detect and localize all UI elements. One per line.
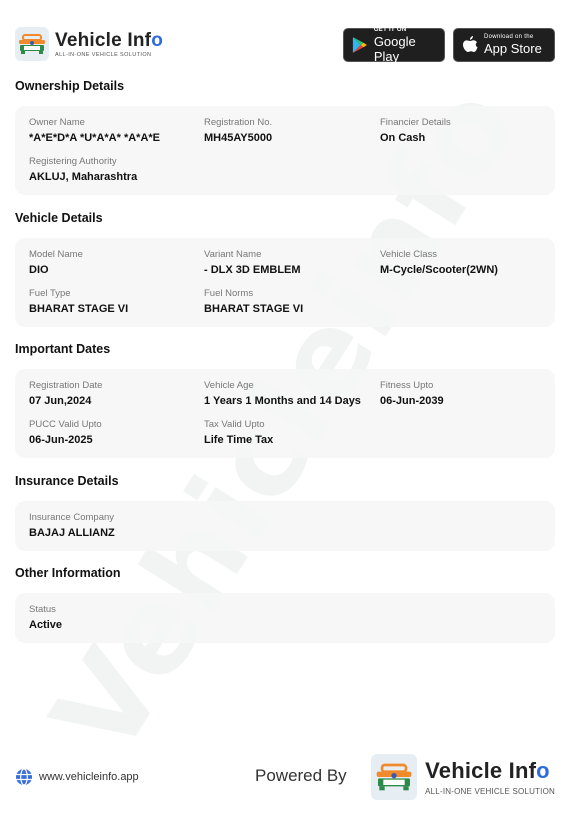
field-insurance-company: Insurance CompanyBAJAJ ALLIANZ [29, 512, 204, 543]
brand-tagline: ALL-IN-ONE VEHICLE SOLUTION [55, 52, 163, 58]
ownership-card: Owner Name*A*E*D*A *U*A*A* *A*A*E Regist… [15, 106, 555, 195]
footer-brand-name: Vehicle Info [425, 759, 555, 783]
vehicle-details-section: Vehicle Details Model NameDIO Variant Na… [15, 211, 555, 327]
field-owner-name: Owner Name*A*E*D*A *U*A*A* *A*A*E [29, 117, 204, 148]
field-vehicle-age: Vehicle Age1 Years 1 Months and 14 Days [204, 380, 380, 411]
app-store-button[interactable]: Download on the App Store [453, 28, 555, 62]
important-dates-section: Important Dates Registration Date07 Jun,… [15, 342, 555, 458]
apple-icon [462, 36, 478, 55]
field-variant-name: Variant Name- DLX 3D EMBLEM [204, 249, 380, 280]
field-pucc-valid-upto: PUCC Valid Upto06-Jun-2025 [29, 419, 204, 450]
section-title: Other Information [15, 566, 555, 584]
brand-name: Vehicle Info [55, 31, 163, 51]
field-fuel-norms: Fuel NormsBHARAT STAGE VI [204, 288, 380, 319]
footer-brand-tagline: ALL-IN-ONE VEHICLE SOLUTION [425, 787, 555, 796]
google-play-small-text: GET IT ON [374, 27, 436, 34]
field-financier-details: Financier DetailsOn Cash [380, 117, 541, 148]
field-registration-date: Registration Date07 Jun,2024 [29, 380, 204, 411]
car-logo-icon [371, 754, 417, 800]
google-play-button[interactable]: GET IT ON Google Play [343, 28, 445, 62]
field-fitness-upto: Fitness Upto06-Jun-2039 [380, 380, 541, 411]
website-url[interactable]: www.vehicleinfo.app [39, 771, 139, 783]
website-link[interactable]: www.vehicleinfo.app [15, 768, 139, 786]
app-store-label: App Store [484, 41, 542, 56]
car-logo-icon [15, 27, 49, 61]
field-tax-valid-upto: Tax Valid UptoLife Time Tax [204, 419, 380, 450]
vehicle-card: Model NameDIO Variant Name- DLX 3D EMBLE… [15, 238, 555, 327]
field-vehicle-class: Vehicle ClassM-Cycle/Scooter(2WN) [380, 249, 541, 280]
section-title: Vehicle Details [15, 211, 555, 229]
field-registration-no: Registration No.MH45AY5000 [204, 117, 380, 148]
footer: www.vehicleinfo.app Powered By Vehicle I… [15, 752, 555, 802]
section-title: Important Dates [15, 342, 555, 360]
globe-icon [15, 768, 33, 786]
other-information-section: Other Information StatusActive [15, 566, 555, 643]
field-model-name: Model NameDIO [29, 249, 204, 280]
footer-brand-logo: Vehicle Info ALL-IN-ONE VEHICLE SOLUTION [371, 754, 555, 800]
field-status: StatusActive [29, 604, 204, 635]
insurance-details-section: Insurance Details Insurance CompanyBAJAJ… [15, 474, 555, 551]
field-fuel-type: Fuel TypeBHARAT STAGE VI [29, 288, 204, 319]
ownership-details-section: Ownership Details Owner Name*A*E*D*A *U*… [15, 79, 555, 195]
app-store-small-text: Download on the [484, 34, 542, 41]
other-info-card: StatusActive [15, 593, 555, 643]
google-play-icon [352, 35, 368, 55]
powered-by-label: Powered By [255, 766, 347, 786]
dates-card: Registration Date07 Jun,2024 Vehicle Age… [15, 369, 555, 458]
brand-logo: Vehicle Info ALL-IN-ONE VEHICLE SOLUTION [15, 27, 163, 61]
insurance-card: Insurance CompanyBAJAJ ALLIANZ [15, 501, 555, 551]
field-registering-authority: Registering AuthorityAKLUJ, Maharashtra [29, 156, 204, 187]
section-title: Insurance Details [15, 474, 555, 492]
google-play-label: Google Play [374, 34, 436, 64]
header: Vehicle Info ALL-IN-ONE VEHICLE SOLUTION… [15, 27, 555, 63]
section-title: Ownership Details [15, 79, 555, 97]
